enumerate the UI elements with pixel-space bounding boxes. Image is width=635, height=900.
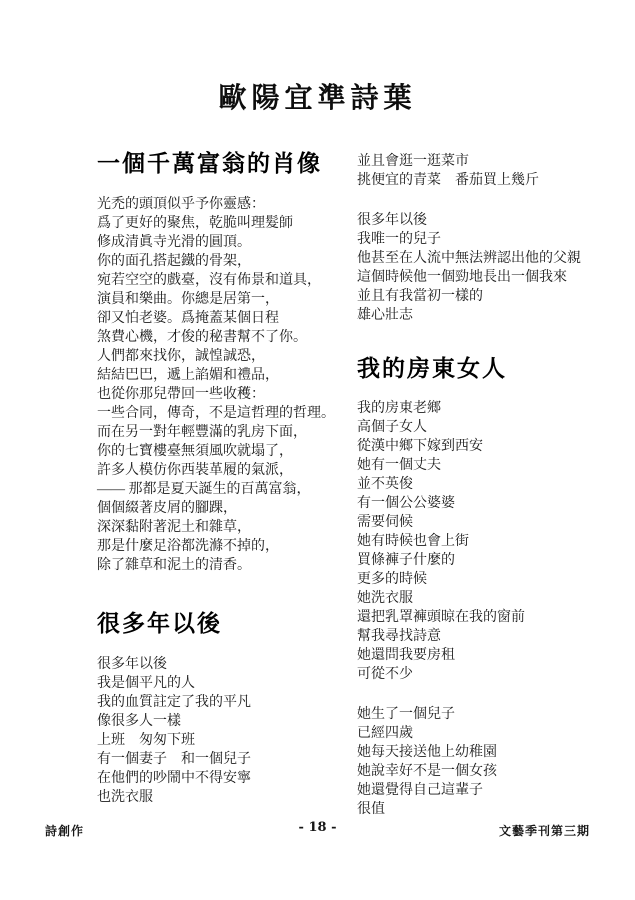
poem-line: 上班 匆匆下班 [97,731,335,750]
poem-stanza: 我的房東老鄉高個子女人從漢中鄉下嫁到西安她有一個丈夫並不英俊有一個公公婆婆需要伺… [357,399,625,684]
page-footer: 詩創作 - 18 - 文藝季刊第三期 [45,820,590,838]
poem-line: 我的房東老鄉 [357,399,625,418]
poem-line: 她每天接送他上幼稚園 [357,743,625,762]
poem-line: 爲了更好的聚焦，乾脆叫理髮師 [97,214,335,233]
poem-stanza: 並且會逛一逛菜市挑便宜的青菜 番茄買上幾斤 [357,152,625,190]
poem-line: 並不英俊 [357,475,625,494]
poem-line: 可從不少 [357,665,625,684]
footer-publication-label: 文藝季刊第三期 [499,822,590,839]
poem-many-years-continuation: 並且會逛一逛菜市挑便宜的青菜 番茄買上幾斤 很多年以後我唯一的兒子他甚至在人流中… [357,152,625,325]
poem-line: 挑便宜的青菜 番茄買上幾斤 [357,171,625,190]
poem-line: 並且有我當初一樣的 [357,287,625,306]
poem-line: 我的血質註定了我的平凡 [97,693,335,712]
right-column: 並且會逛一逛菜市挑便宜的青菜 番茄買上幾斤 很多年以後我唯一的兒子他甚至在人流中… [357,145,625,819]
poem-line: 這個時候他一個勁地長出一個我來 [357,268,625,287]
poem-line: 修成清眞寺光滑的圓頂。 [97,233,335,252]
poem-line: 你的面孔搭起鐵的骨架， [97,252,335,271]
poem-line: 而在另一對年輕豐滿的乳房下面， [97,423,335,442]
poem-line: 幫我尋找詩意 [357,627,625,646]
poem-line: 像很多人一樣 [97,712,335,731]
poem-line: 人們都來找你，誠惶誠恐， [97,347,335,366]
poem-line: 他甚至在人流中無法辨認出他的父親 [357,249,625,268]
poem-line: 有一個妻子 和一個兒子 [97,750,335,769]
poem-stanza: 很多年以後我是個平凡的人我的血質註定了我的平凡像很多人一樣上班 匆匆下班有一個妻… [97,655,335,807]
poem-many-years-later: 很多年以後 很多年以後我是個平凡的人我的血質註定了我的平凡像很多人一樣上班 匆匆… [97,605,335,807]
poem-line: 她有一個丈夫 [357,456,625,475]
poem-line: 深深黏附著泥土和雜草， [97,518,335,537]
poem-line: 她生了一個兒子 [357,705,625,724]
poetry-page: 歐陽宜準詩葉 一個千萬富翁的肖像 光禿的頭頂似乎予你靈感：爲了更好的聚焦，乾脆叫… [0,0,635,900]
poem-line: 很多年以後 [357,211,625,230]
poem-line: 我唯一的兒子 [357,230,625,249]
poem-stanza: 光禿的頭頂似乎予你靈感：爲了更好的聚焦，乾脆叫理髮師修成清眞寺光滑的圓頂。你的面… [97,195,335,575]
poem-line: 很值 [357,800,625,819]
poem-line: 我是個平凡的人 [97,674,335,693]
poem-line: 也從你那兒帶回一些收穫： [97,385,335,404]
poem-line: 那是什麼足浴都洗滌不掉的， [97,537,335,556]
poem-line: 許多人模仿你西裝革履的氣派， [97,461,335,480]
page-title: 歐陽宜準詩葉 [0,76,635,116]
poem-line: 演員和樂曲。你總是居第一， [97,290,335,309]
poem-stanza: 很多年以後我唯一的兒子他甚至在人流中無法辨認出他的父親這個時候他一個勁地長出一個… [357,211,625,325]
two-column-layout: 一個千萬富翁的肖像 光禿的頭頂似乎予你靈感：爲了更好的聚焦，乾脆叫理髮師修成清眞… [97,145,607,819]
poem-stanza: 她生了一個兒子已經四歲她每天接送他上幼稚園她說幸好不是一個女孩她還覺得自己這輩子… [357,705,625,819]
poem-line: 更多的時候 [357,570,625,589]
poem-line: 煞費心機，才俊的秘書幫不了你。 [97,328,335,347]
poem-line: 從漢中鄉下嫁到西安 [357,437,625,456]
poem-title-millionaire: 一個千萬富翁的肖像 [97,145,335,178]
poem-line: 卻又怕老婆。爲掩蓋某個日程 [97,309,335,328]
poem-line: 她洗衣服 [357,589,625,608]
poem-title-many-years: 很多年以後 [97,605,335,638]
poem-line: 已經四歲 [357,724,625,743]
left-column: 一個千萬富翁的肖像 光禿的頭頂似乎予你靈感：爲了更好的聚焦，乾脆叫理髮師修成清眞… [97,145,335,819]
poem-line: 除了雜草和泥土的清香。 [97,556,335,575]
poem-line: 很多年以後 [97,655,335,674]
poem-line: 她還問我要房租 [357,646,625,665]
poem-line: 光禿的頭頂似乎予你靈感： [97,195,335,214]
poem-line: 買條褲子什麼的 [357,551,625,570]
poem-line: 還把乳罩褲頭晾在我的窗前 [357,608,625,627]
poem-line: 結結巴巴，遞上諂媚和禮品， [97,366,335,385]
poem-millionaire-portrait: 一個千萬富翁的肖像 光禿的頭頂似乎予你靈感：爲了更好的聚焦，乾脆叫理髮師修成清眞… [97,145,335,575]
poem-line: 雄心壯志 [357,306,625,325]
poem-line: 也洗衣服 [97,788,335,807]
poem-line: 她說幸好不是一個女孩 [357,762,625,781]
poem-line: 宛若空空的戲臺，沒有佈景和道具， [97,271,335,290]
poem-line: 個個綴著皮屑的腳踝， [97,499,335,518]
poem-line: 高個子女人 [357,418,625,437]
poem-line: 並且會逛一逛菜市 [357,152,625,171]
poem-line: 你的七寶樓臺無須風吹就塌了， [97,442,335,461]
poem-line: 需要伺候 [357,513,625,532]
poem-line: 一些合同，傳奇，不是這哲理的哲理。 [97,404,335,423]
poem-line: 有一個公公婆婆 [357,494,625,513]
poem-line: —— 那都是夏天誕生的百萬富翁， [97,480,335,499]
poem-line: 在他們的吵鬧中不得安寧 [97,769,335,788]
poem-landlady: 我的房東女人 我的房東老鄉高個子女人從漢中鄉下嫁到西安她有一個丈夫並不英俊有一個… [357,350,625,819]
poem-title-landlady: 我的房東女人 [357,350,625,383]
poem-line: 她有時候也會上街 [357,532,625,551]
poem-line: 她還覺得自己這輩子 [357,781,625,800]
